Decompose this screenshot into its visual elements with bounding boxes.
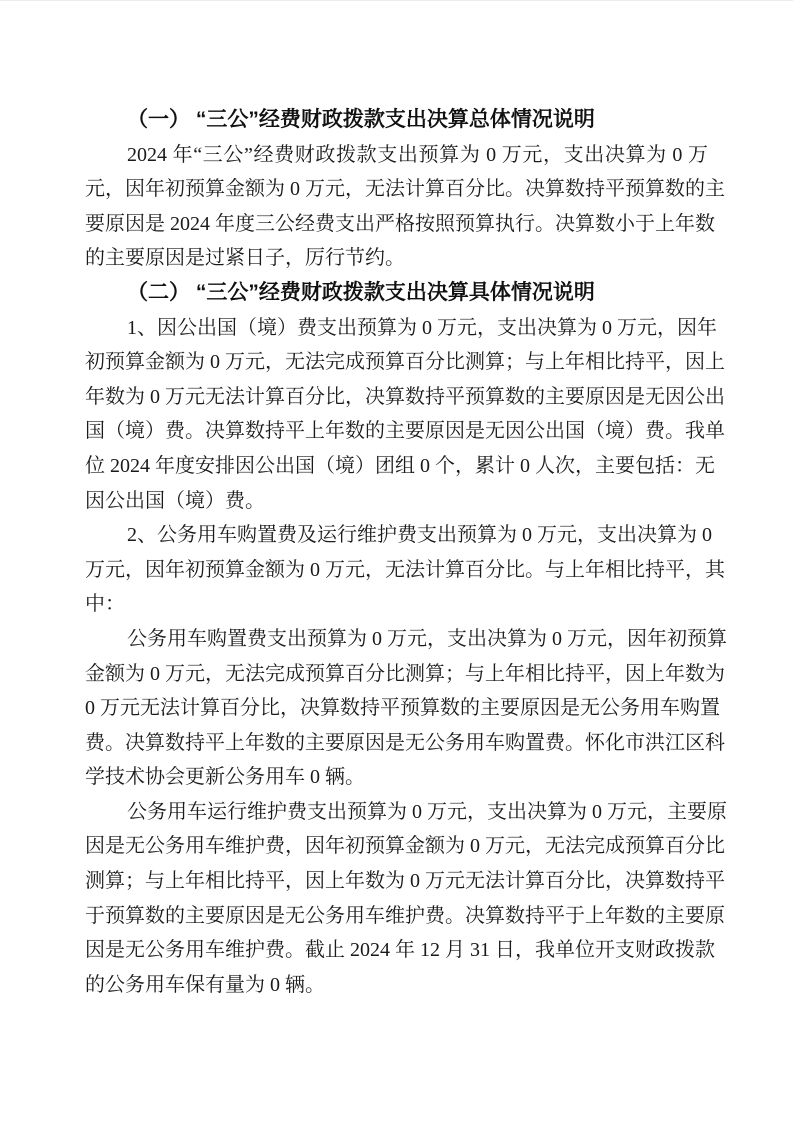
- text-line: 因是无公务用车维护费。截止 2024 年 12 月 31 日，我单位开支财政拨款: [85, 933, 708, 968]
- text-line: 0 万元无法计算百分比，决算数持平预算数的主要原因是无公务用车购置: [85, 691, 708, 726]
- heading-line: （一） “三公”经费财政拨款支出决算总体情况说明: [85, 103, 708, 138]
- body-paragraph: 公务用车购置费支出预算为 0 万元，支出决算为 0 万元，因年初预算金额为 0 …: [85, 622, 708, 795]
- section-heading: （二） “三公”经费财政拨款支出决算具体情况说明: [85, 276, 708, 311]
- text-line: 要原因是 2024 年度三公经费支出严格按照预算执行。决算数小于上年数: [85, 207, 708, 242]
- document-content: （一） “三公”经费财政拨款支出决算总体情况说明2024 年“三公”经费财政拨款…: [85, 103, 708, 1002]
- text-line: 元，因年初预算金额为 0 万元，无法计算百分比。决算数持平预算数的主: [85, 172, 708, 207]
- text-line: 国（境）费。决算数持平上年数的主要原因是无因公出国（境）费。我单: [85, 414, 708, 449]
- text-line: 中：: [85, 587, 708, 622]
- text-line: 的公务用车保有量为 0 辆。: [85, 968, 708, 1003]
- document-page: （一） “三公”经费财政拨款支出决算总体情况说明2024 年“三公”经费财政拨款…: [0, 0, 793, 1122]
- section-heading: （一） “三公”经费财政拨款支出决算总体情况说明: [85, 103, 708, 138]
- text-line: 1、因公出国（境）费支出预算为 0 万元，支出决算为 0 万元，因年: [85, 311, 708, 346]
- text-line: 2024 年“三公”经费财政拨款支出预算为 0 万元，支出决算为 0 万: [85, 138, 708, 173]
- body-paragraph: 公务用车运行维护费支出预算为 0 万元，支出决算为 0 万元，主要原因是无公务用…: [85, 795, 708, 1003]
- text-line: 测算；与上年相比持平，因上年数为 0 万元无法计算百分比，决算数持平: [85, 864, 708, 899]
- text-line: 的主要原因是过紧日子，厉行节约。: [85, 241, 708, 276]
- text-line: 因公出国（境）费。: [85, 484, 708, 519]
- text-line: 因是无公务用车维护费，因年初预算金额为 0 万元，无法完成预算百分比: [85, 829, 708, 864]
- text-line: 年数为 0 万元无法计算百分比，决算数持平预算数的主要原因是无因公出: [85, 380, 708, 415]
- body-paragraph: 2、公务用车购置费及运行维护费支出预算为 0 万元，支出决算为 0万元，因年初预…: [85, 518, 708, 622]
- text-line: 公务用车运行维护费支出预算为 0 万元，支出决算为 0 万元，主要原: [85, 795, 708, 830]
- heading-line: （二） “三公”经费财政拨款支出决算具体情况说明: [85, 276, 708, 311]
- text-line: 费。决算数持平上年数的主要原因是无公务用车购置费。怀化市洪江区科: [85, 726, 708, 761]
- text-line: 位 2024 年度安排因公出国（境）团组 0 个，累计 0 人次，主要包括：无: [85, 449, 708, 484]
- text-line: 于预算数的主要原因是无公务用车维护费。决算数持平于上年数的主要原: [85, 899, 708, 934]
- text-line: 金额为 0 万元，无法完成预算百分比测算；与上年相比持平，因上年数为: [85, 657, 708, 692]
- text-line: 学技术协会更新公务用车 0 辆。: [85, 760, 708, 795]
- text-line: 万元，因年初预算金额为 0 万元，无法计算百分比。与上年相比持平，其: [85, 553, 708, 588]
- text-line: 初预算金额为 0 万元，无法完成预算百分比测算；与上年相比持平，因上: [85, 345, 708, 380]
- text-line: 2、公务用车购置费及运行维护费支出预算为 0 万元，支出决算为 0: [85, 518, 708, 553]
- body-paragraph: 1、因公出国（境）费支出预算为 0 万元，支出决算为 0 万元，因年初预算金额为…: [85, 311, 708, 519]
- body-paragraph: 2024 年“三公”经费财政拨款支出预算为 0 万元，支出决算为 0 万元，因年…: [85, 138, 708, 276]
- text-line: 公务用车购置费支出预算为 0 万元，支出决算为 0 万元，因年初预算: [85, 622, 708, 657]
